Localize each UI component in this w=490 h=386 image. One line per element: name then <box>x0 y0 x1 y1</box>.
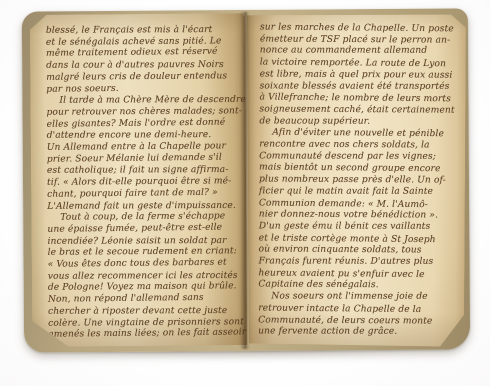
handwriting-line: chant, pourquoi faire tant de mal? » <box>47 187 242 201</box>
handwriting-line: même traitement odieux est réservé <box>46 47 241 61</box>
handwriting-line: de beaucoup supérieur. <box>259 116 459 128</box>
spine-gutter <box>240 12 250 349</box>
handwriting-line: Nos soeurs ont l'immense joie de <box>258 292 458 304</box>
handwriting-line: et le triste cortège monte à St Joseph <box>259 233 459 247</box>
handwriting-line: blessé, le Français est mis à l'écart <box>46 25 241 38</box>
handwriting-line: Afin d'éviter une nouvelle et pénible <box>259 128 459 142</box>
handwriting-line: heureux avaient pu s'enfuir avec le <box>258 268 458 282</box>
handwriting-line: elles gisantes? Mais l'ordre est donné <box>46 117 241 131</box>
handwriting-line: Communion demande: « M. l'Aumô- <box>259 198 459 212</box>
handwriting-line: rencontre avec nos chers soldats, la <box>259 139 459 152</box>
handwriting-line: Non, non répond l'allemand sans <box>48 293 243 307</box>
handwriting-line: soixante blessés avaient été transportés <box>260 81 460 93</box>
right-page: sur les marches de la Chapelle. Un poste… <box>245 13 466 346</box>
handwriting-line: amenés les mains liées; on les fait asse… <box>48 328 243 342</box>
handwriting-line: soigneusement caché, était certainement <box>259 104 459 117</box>
left-page: blessé, le Français est mis à l'écartet … <box>30 13 248 347</box>
handwriting-line: vous allez recommencer ici les atrocités <box>48 271 243 284</box>
handwriting-line: la victoire remportée. La route de Lyon <box>260 58 460 72</box>
right-page-handwriting: sur les marches de la Chapelle. Un poste… <box>245 13 466 346</box>
handwriting-line: retrouver intacte la Chapelle de la <box>258 303 458 317</box>
handwriting-line: Communauté descend par les vignes; <box>259 151 459 163</box>
left-page-handwriting: blessé, le Français est mis à l'écartet … <box>30 13 248 347</box>
handwriting-line: dans la cour à d'autres pauvres Noirs <box>46 60 241 73</box>
handwriting-line: par nos soeurs. <box>46 82 241 96</box>
handwriting-line: D'un geste ému il bénit ces vaillants <box>259 221 459 233</box>
handwriting-line: chercher à riposter devant cette juste <box>48 306 243 319</box>
handwriting-line: à Villefranche; le nombre de leurs morts <box>259 93 459 107</box>
handwriting-line: une épaisse fumée, peut-être est-elle <box>47 222 242 236</box>
handwriting-line: « Vous êtes donc tous des barbares et <box>48 257 243 271</box>
handwriting-line: incendiée? Léonie saisit un soldat par <box>47 236 242 249</box>
handwriting-line: est catholique; il fait un signe affirma… <box>47 165 242 178</box>
handwriting-line: est libre, mais à quel prix pour eux aus… <box>260 69 460 82</box>
photo-background: blessé, le Français est mis à l'écartet … <box>0 0 490 386</box>
handwriting-line: sur les marches de la Chapelle. Un poste <box>260 22 460 36</box>
handwriting-line: Français furent réunis. D'autres plus <box>258 256 458 268</box>
handwriting-line: Il tarde à ma Chère Mère de descendre <box>46 95 241 108</box>
handwriting-line: nonce au commandement allemand <box>260 46 460 58</box>
handwriting-line: ficier qui le matin avait fait la Sainte <box>259 186 459 198</box>
handwriting-line: une fervente action de grâce. <box>258 327 458 339</box>
handwriting-line: d'attendre encore une demi-heure. <box>47 130 242 143</box>
handwriting-line: L'Allemand fait un geste d'impuissance. <box>47 200 242 213</box>
